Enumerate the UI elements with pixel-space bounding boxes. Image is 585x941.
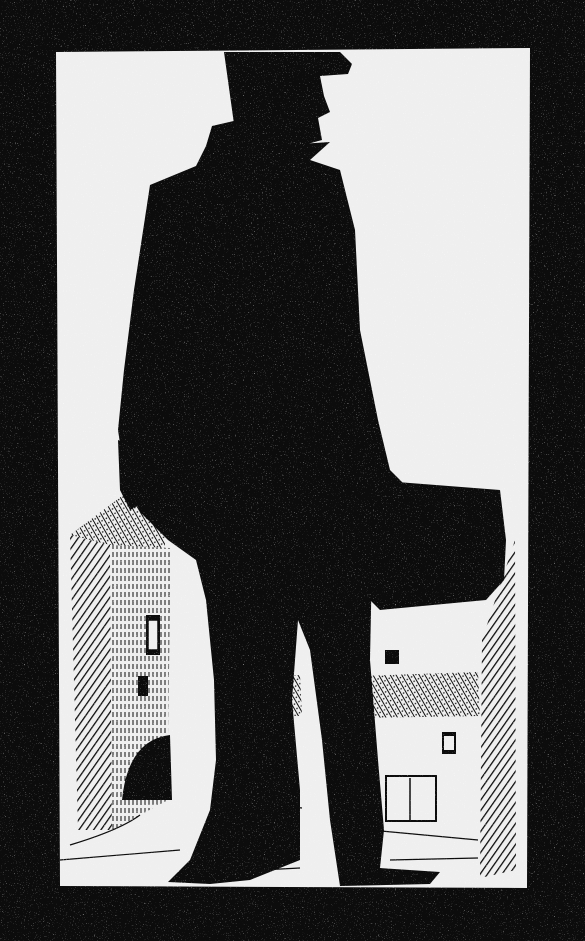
illustration — [0, 0, 585, 941]
paper-grain — [0, 0, 585, 941]
illustration-canvas — [0, 0, 585, 941]
